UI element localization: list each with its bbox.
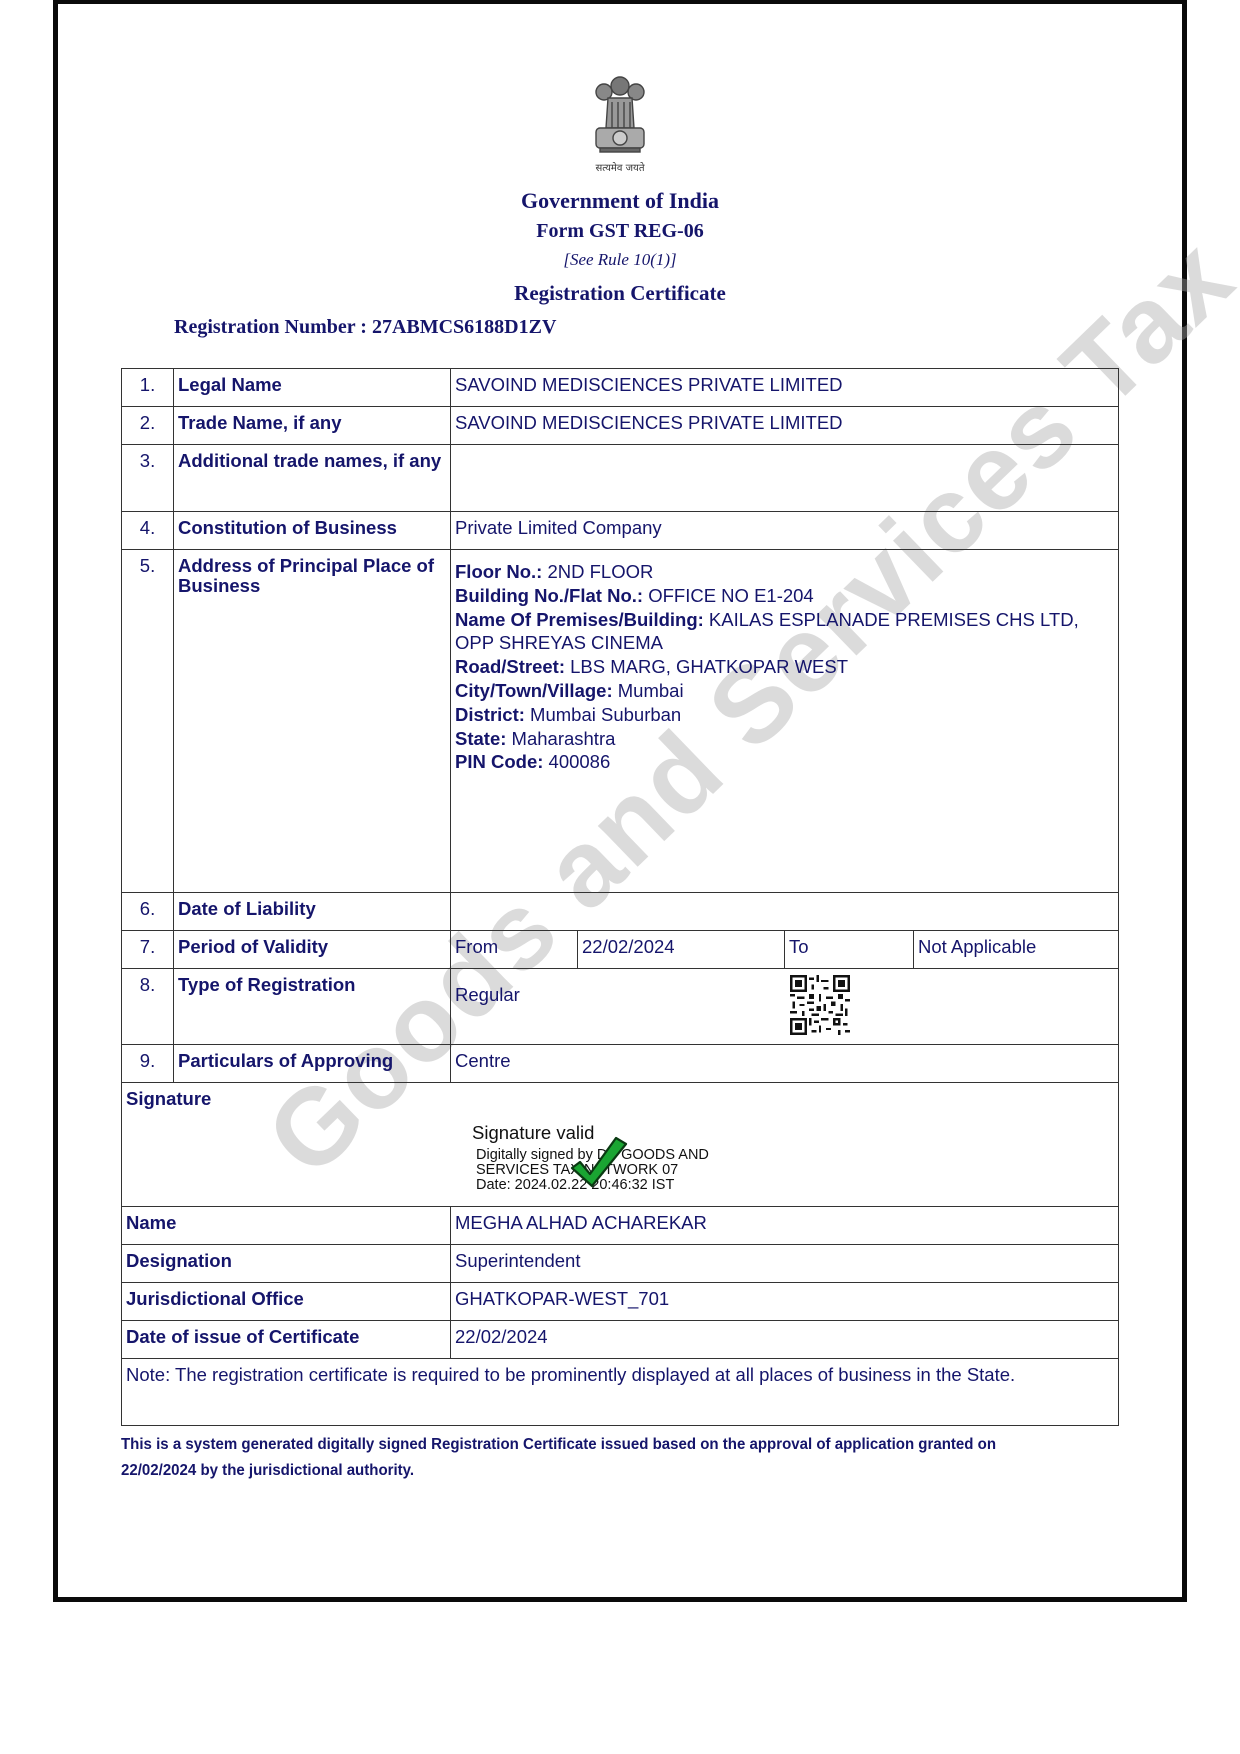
jurisdictional-office-value: GHATKOPAR-WEST_701 xyxy=(451,1283,1119,1321)
address-field-value: Maharashtra xyxy=(506,728,615,749)
date-of-liability-value xyxy=(451,893,1119,931)
address-line: Road/Street: LBS MARG, GHATKOPAR WEST xyxy=(455,655,1114,679)
address-line: Floor No.: 2ND FLOOR xyxy=(455,560,1114,584)
row-label: Particulars of Approving xyxy=(174,1045,451,1083)
address-field-value: 2ND FLOOR xyxy=(542,561,653,582)
registration-type-value: Regular xyxy=(455,984,520,1005)
rule-reference: [See Rule 10(1)] xyxy=(0,250,1240,270)
address-line: State: Maharashtra xyxy=(455,727,1114,751)
address-field-label: Building No./Flat No.: xyxy=(455,585,643,606)
address-field-label: State: xyxy=(455,728,506,749)
address-field-value: OFFICE NO E1-204 xyxy=(643,585,814,606)
address-line: Name Of Premises/Building: KAILAS ESPLAN… xyxy=(455,608,1114,656)
row-number: 9. xyxy=(122,1045,174,1083)
officer-name-value: MEGHA ALHAD ACHAREKAR xyxy=(451,1207,1119,1245)
qr-code-icon xyxy=(790,975,850,1035)
address-field-label: City/Town/Village: xyxy=(455,680,613,701)
registration-details-table: 1. Legal Name SAVOIND MEDISCIENCES PRIVA… xyxy=(121,368,1119,1426)
address-line: Building No./Flat No.: OFFICE NO E1-204 xyxy=(455,584,1114,608)
row-label: Additional trade names, if any xyxy=(174,445,451,512)
row-number: 7. xyxy=(122,931,174,969)
legal-name-value: SAVOIND MEDISCIENCES PRIVATE LIMITED xyxy=(451,369,1119,407)
row-number: 4. xyxy=(122,512,174,550)
national-emblem-icon xyxy=(588,70,652,160)
officer-name-label: Name xyxy=(122,1207,451,1245)
signature-valid-check-icon xyxy=(568,1134,628,1190)
registration-type-cell: Regular xyxy=(451,969,1119,1045)
address-line: City/Town/Village: Mumbai xyxy=(455,679,1114,703)
table-row: 4. Constitution of Business Private Limi… xyxy=(122,512,1119,550)
registration-number: Registration Number : 27ABMCS6188D1ZV xyxy=(174,316,556,339)
row-label: Trade Name, if any xyxy=(174,407,451,445)
additional-trade-names-value xyxy=(451,445,1119,512)
table-row: 7. Period of Validity From 22/02/2024 To… xyxy=(122,931,1119,969)
address-field-label: District: xyxy=(455,704,525,725)
table-row: Designation Superintendent xyxy=(122,1245,1119,1283)
table-row: 1. Legal Name SAVOIND MEDISCIENCES PRIVA… xyxy=(122,369,1119,407)
address-line: PIN Code: 400086 xyxy=(455,750,1114,774)
table-row: Date of issue of Certificate 22/02/2024 xyxy=(122,1321,1119,1359)
row-label: Address of Principal Place of Business xyxy=(174,550,451,893)
note-row: Note: The registration certificate is re… xyxy=(122,1359,1119,1426)
constitution-value: Private Limited Company xyxy=(451,512,1119,550)
address-field-value: Mumbai xyxy=(613,680,684,701)
row-label: Date of Liability xyxy=(174,893,451,931)
row-label: Legal Name xyxy=(174,369,451,407)
table-row: 8. Type of Registration Regular xyxy=(122,969,1119,1045)
government-heading: Government of India xyxy=(0,188,1240,214)
row-number: 8. xyxy=(122,969,174,1045)
registration-number-value: 27ABMCS6188D1ZV xyxy=(372,316,556,338)
designation-label: Designation xyxy=(122,1245,451,1283)
validity-from-value: 22/02/2024 xyxy=(578,931,785,969)
issue-date-value: 22/02/2024 xyxy=(451,1321,1119,1359)
table-row: 9. Particulars of Approving Centre xyxy=(122,1045,1119,1083)
issue-date-label: Date of issue of Certificate xyxy=(122,1321,451,1359)
approving-authority-value: Centre xyxy=(451,1045,1119,1083)
address-line: District: Mumbai Suburban xyxy=(455,703,1114,727)
trade-name-value: SAVOIND MEDISCIENCES PRIVATE LIMITED xyxy=(451,407,1119,445)
address-field-value: 400086 xyxy=(543,751,610,772)
address-field-label: Road/Street: xyxy=(455,656,565,677)
validity-from-label: From xyxy=(451,931,578,969)
row-label: Period of Validity xyxy=(174,931,451,969)
certificate-title: Registration Certificate xyxy=(0,281,1240,306)
address-field-value: Mumbai Suburban xyxy=(525,704,681,725)
registration-number-label: Registration Number : xyxy=(174,316,372,338)
address-field-label: PIN Code: xyxy=(455,751,543,772)
row-number: 6. xyxy=(122,893,174,931)
designation-value: Superintendent xyxy=(451,1245,1119,1283)
row-label: Constitution of Business xyxy=(174,512,451,550)
validity-to-label: To xyxy=(785,931,914,969)
display-note: Note: The registration certificate is re… xyxy=(122,1359,1119,1426)
table-row: 6. Date of Liability xyxy=(122,893,1119,931)
row-number: 1. xyxy=(122,369,174,407)
address-value: Floor No.: 2ND FLOOR Building No./Flat N… xyxy=(451,550,1119,893)
row-number: 3. xyxy=(122,445,174,512)
row-number: 2. xyxy=(122,407,174,445)
address-field-label: Floor No.: xyxy=(455,561,542,582)
address-field-value: LBS MARG, GHATKOPAR WEST xyxy=(565,656,848,677)
emblem-motto: सत्यमेव जयते xyxy=(580,160,660,174)
table-row: Name MEGHA ALHAD ACHAREKAR xyxy=(122,1207,1119,1245)
validity-to-value: Not Applicable xyxy=(914,931,1119,969)
row-label: Type of Registration xyxy=(174,969,451,1045)
table-row: 5. Address of Principal Place of Busines… xyxy=(122,550,1119,893)
row-number: 5. xyxy=(122,550,174,893)
table-row: Jurisdictional Office GHATKOPAR-WEST_701 xyxy=(122,1283,1119,1321)
system-generated-note: This is a system generated digitally sig… xyxy=(121,1432,1070,1484)
address-field-label: Name Of Premises/Building: xyxy=(455,609,704,630)
table-row: 3. Additional trade names, if any xyxy=(122,445,1119,512)
form-heading: Form GST REG-06 xyxy=(0,220,1240,243)
table-row: 2. Trade Name, if any SAVOIND MEDISCIENC… xyxy=(122,407,1119,445)
jurisdictional-office-label: Jurisdictional Office xyxy=(122,1283,451,1321)
